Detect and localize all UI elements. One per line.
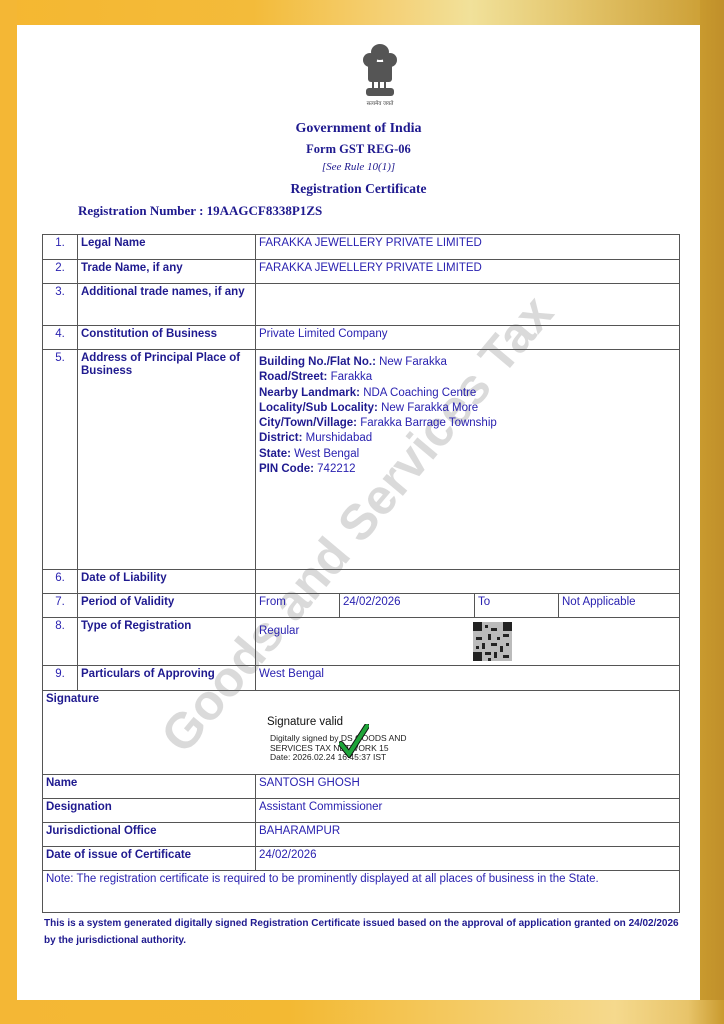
registration-details-table: 1. Legal Name FARAKKA JEWELLERY PRIVATE … [42, 234, 680, 913]
signature-label: Signature [46, 693, 676, 706]
table-row: 1. Legal Name FARAKKA JEWELLERY PRIVATE … [43, 235, 680, 260]
address-line: City/Town/Village: Farakka Barrage Towns… [259, 416, 676, 431]
address-line: Locality/Sub Locality: New Farakka More [259, 401, 676, 416]
certificate-title: Registration Certificate [17, 181, 700, 197]
trade-name-value: FARAKKA JEWELLERY PRIVATE LIMITED [256, 260, 680, 284]
table-row: 2. Trade Name, if any FARAKKA JEWELLERY … [43, 260, 680, 284]
issue-date-value: 24/02/2026 [256, 847, 680, 871]
table-row: Designation Assistant Commissioner [43, 799, 680, 823]
table-row: 4. Constitution of Business Private Limi… [43, 326, 680, 350]
gold-frame-bottom [0, 1000, 724, 1024]
government-heading: Government of India [17, 121, 700, 137]
row-number: 7. [43, 594, 78, 618]
table-row: 5. Address of Principal Place of Busines… [43, 350, 680, 570]
row-label: Constitution of Business [78, 326, 256, 350]
digital-signature: Signature valid Digitally signed by DS G… [46, 706, 676, 774]
table-row: 9. Particulars of Approving West Bengal [43, 666, 680, 691]
approving-authority-value: West Bengal [256, 666, 680, 691]
signature-cell: Signature Signature valid Digitally sign… [43, 691, 680, 775]
designation-value: Assistant Commissioner [256, 799, 680, 823]
validity-to-date: Not Applicable [559, 594, 680, 618]
row-label: Trade Name, if any [78, 260, 256, 284]
row-label: Additional trade names, if any [78, 284, 256, 326]
constitution-value: Private Limited Company [256, 326, 680, 350]
table-row: Name SANTOSH GHOSH [43, 775, 680, 799]
display-note: Note: The registration certificate is re… [43, 871, 680, 913]
address-value: Building No./Flat No.: New Farakka Road/… [256, 350, 680, 570]
row-number: 8. [43, 618, 78, 666]
svg-text:सत्यमेव जयते: सत्यमेव जयते [367, 100, 395, 107]
table-row: 7. Period of Validity From 24/02/2026 To… [43, 594, 680, 618]
officer-name-value: SANTOSH GHOSH [256, 775, 680, 799]
row-number: 5. [43, 350, 78, 570]
validity-to-label: To [475, 594, 559, 618]
jurisdictional-office-label: Jurisdictional Office [43, 823, 256, 847]
address-line: District: Murshidabad [259, 431, 676, 446]
address-line: State: West Bengal [259, 447, 676, 462]
certificate-page: सत्यमेव जयते Government of India Form GS… [17, 25, 700, 1000]
row-number: 9. [43, 666, 78, 691]
form-name: Form GST REG-06 [17, 142, 700, 157]
note-row: Note: The registration certificate is re… [43, 871, 680, 913]
checkmark-icon [339, 724, 369, 758]
rule-reference: [See Rule 10(1)] [17, 161, 700, 173]
registration-type-value: Regular [259, 620, 676, 638]
signature-status: Signature valid [267, 716, 343, 729]
row-number: 3. [43, 284, 78, 326]
row-label: Period of Validity [78, 594, 256, 618]
address-line: Nearby Landmark: NDA Coaching Centre [259, 386, 676, 401]
registration-type-cell: Regular [256, 618, 680, 666]
qr-code-icon [473, 622, 512, 661]
row-label: Particulars of Approving [78, 666, 256, 691]
validity-from-date: 24/02/2026 [340, 594, 475, 618]
address-line: PIN Code: 742212 [259, 462, 676, 477]
row-label: Type of Registration [78, 618, 256, 666]
validity-from-label: From [256, 594, 340, 618]
designation-label: Designation [43, 799, 256, 823]
row-label: Date of Liability [78, 570, 256, 594]
row-number: 2. [43, 260, 78, 284]
row-number: 4. [43, 326, 78, 350]
legal-name-value: FARAKKA JEWELLERY PRIVATE LIMITED [256, 235, 680, 260]
registration-number: Registration Number : 19AAGCF8338P1ZS [78, 203, 322, 219]
officer-name-label: Name [43, 775, 256, 799]
date-of-liability-value [256, 570, 680, 594]
gold-frame-left [0, 0, 17, 1024]
address-line: Building No./Flat No.: New Farakka [259, 355, 676, 370]
table-row: 6. Date of Liability [43, 570, 680, 594]
national-emblem-icon: सत्यमेव जयते [360, 42, 400, 108]
row-number: 6. [43, 570, 78, 594]
table-row: Jurisdictional Office BAHARAMPUR [43, 823, 680, 847]
table-row: 3. Additional trade names, if any [43, 284, 680, 326]
table-row: Date of issue of Certificate 24/02/2026 [43, 847, 680, 871]
row-label: Legal Name [78, 235, 256, 260]
gold-frame-right [700, 0, 724, 1024]
signature-row: Signature Signature valid Digitally sign… [43, 691, 680, 775]
table-row: 8. Type of Registration Regular [43, 618, 680, 666]
jurisdictional-office-value: BAHARAMPUR [256, 823, 680, 847]
additional-trade-names-value [256, 284, 680, 326]
system-generated-footer: This is a system generated digitally sig… [44, 915, 684, 949]
address-line: Road/Street: Farakka [259, 370, 676, 385]
issue-date-label: Date of issue of Certificate [43, 847, 256, 871]
row-number: 1. [43, 235, 78, 260]
row-label: Address of Principal Place of Business [78, 350, 256, 570]
